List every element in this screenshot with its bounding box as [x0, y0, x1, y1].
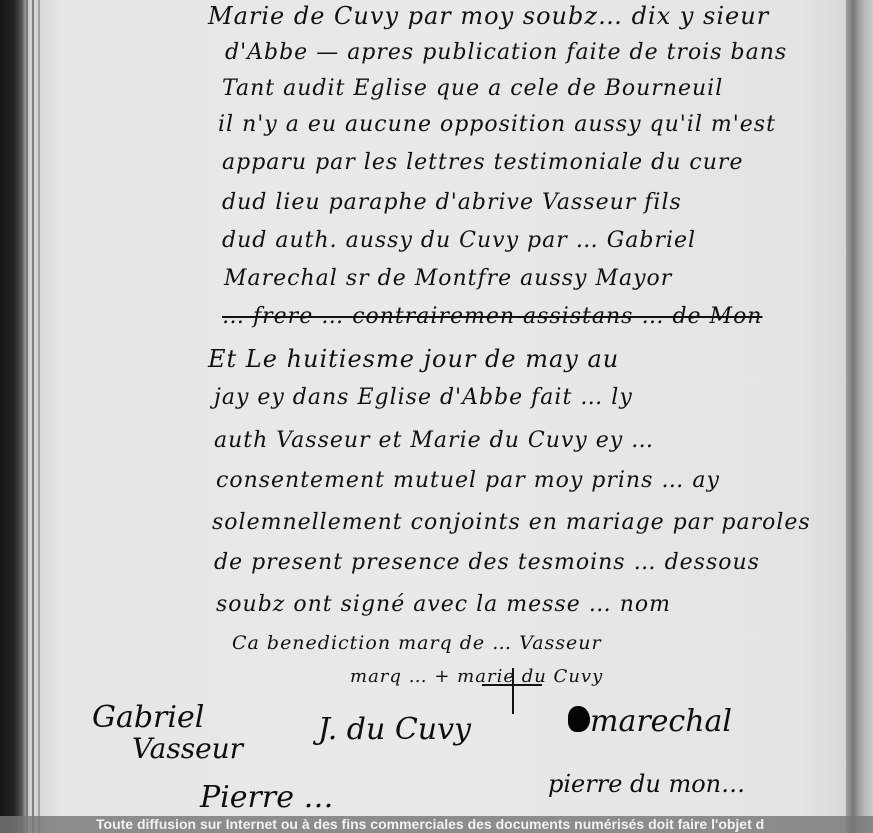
handwritten-line: Tant audit Eglise que a cele de Bourneui… — [222, 76, 723, 101]
handwritten-line: d'Abbe — apres publication faite de troi… — [225, 40, 787, 65]
signature: marechal — [590, 704, 732, 739]
handwritten-line: Marechal sr de Montfre aussy Mayor — [224, 266, 672, 291]
mark-cross — [482, 684, 542, 686]
signature: Gabriel — [92, 700, 204, 735]
handwritten-line: auth Vasseur et Marie du Cuvy ey … — [214, 428, 654, 453]
signature: Pierre … — [200, 780, 334, 815]
signature: J. du Cuvy — [318, 712, 471, 747]
handwritten-line: il n'y a eu aucune opposition aussy qu'i… — [218, 112, 776, 137]
binding-edge-line — [32, 0, 34, 833]
handwritten-line: dud lieu paraphe d'abrive Vasseur fils — [222, 190, 682, 215]
page-right-edge — [846, 0, 860, 833]
handwritten-line: Ca benediction marq de … Vasseur — [232, 632, 602, 654]
handwritten-line: Et Le huitiesme jour de may au — [208, 345, 619, 373]
signature: Vasseur — [132, 732, 243, 765]
handwritten-line: apparu par les lettres testimoniale du c… — [222, 150, 743, 175]
binding-edge-line — [38, 0, 40, 833]
scanned-document-page: Marie de Cuvy par moy soubz… dix y sieur… — [0, 0, 873, 833]
signature: pierre du mon… — [548, 770, 745, 798]
handwritten-line: Marie de Cuvy par moy soubz… dix y sieur — [208, 2, 769, 30]
handwritten-line: consentement mutuel par moy prins … ay — [216, 468, 720, 493]
handwritten-line: marq … + marie du Cuvy — [350, 666, 603, 687]
handwritten-line: dud auth. aussy du Cuvy par … Gabriel — [222, 228, 696, 253]
binding-edge-line — [26, 0, 28, 833]
handwritten-line: solemnellement conjoints en mariage par … — [212, 510, 811, 535]
handwritten-line: … frere … contrairemen assistans … de Mo… — [222, 304, 762, 329]
mark-cross — [512, 668, 514, 714]
handwritten-line: jay ey dans Eglise d'Abbe fait … ly — [214, 385, 633, 410]
handwritten-line: de present presence des tesmoins … desso… — [214, 550, 760, 575]
ink-blot — [568, 706, 590, 732]
copyright-watermark-banner: Toute diffusion sur Internet ou à des fi… — [0, 816, 873, 833]
handwritten-line: soubz ont signé avec la messe … nom — [216, 592, 671, 617]
